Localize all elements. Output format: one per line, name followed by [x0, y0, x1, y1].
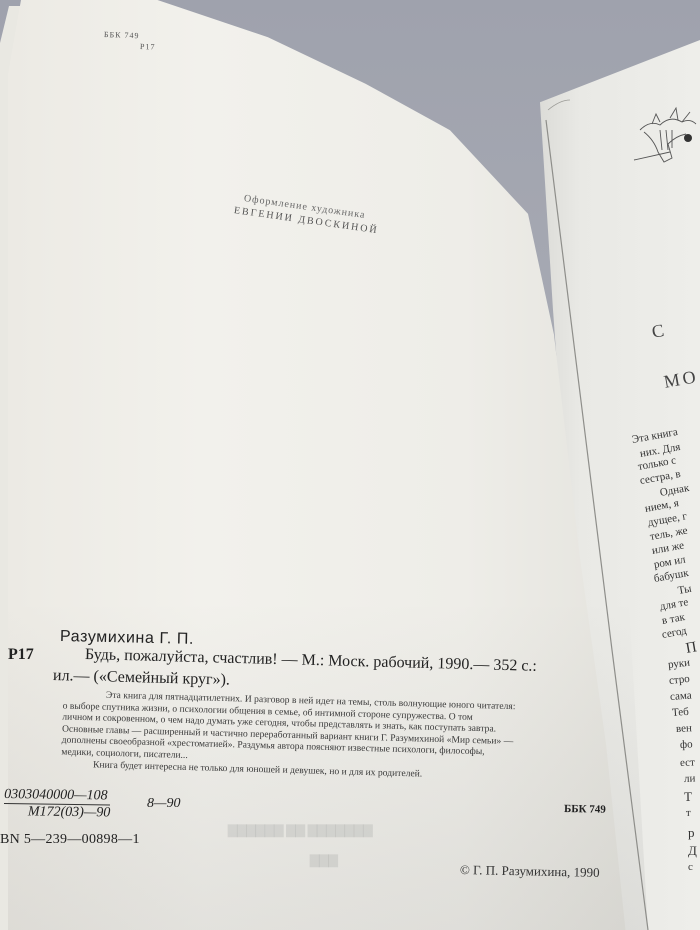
- class-code: Р17: [8, 646, 34, 664]
- top-bbk-code: ББК 749: [104, 30, 140, 40]
- right-text-line: т: [686, 807, 691, 819]
- right-text-line: р: [688, 825, 695, 841]
- right-text-line: ест: [680, 756, 695, 769]
- right-text-line: с: [688, 861, 693, 873]
- right-text-line: вен: [676, 722, 693, 735]
- bleed-through-text: ▇▇▇: [310, 853, 338, 868]
- flower-hand-illustration-icon: [630, 100, 700, 180]
- publishing-index-fraction: 0303040000—108 М172(03)—90: [4, 787, 111, 821]
- right-text-line: стро: [668, 673, 690, 687]
- index-numerator: 0303040000—108: [4, 787, 111, 805]
- right-text-line: руки: [667, 657, 690, 671]
- bottom-bbk-code: ББК 749: [564, 803, 606, 816]
- top-class-code: Р17: [140, 42, 156, 52]
- abstract: Эта книга для пятнадцатилетних. И разгов…: [79, 689, 636, 786]
- right-text-line: Теб: [672, 706, 690, 719]
- isbn: BN 5—239—00898—1: [0, 832, 140, 848]
- right-text-line: ли: [684, 773, 696, 785]
- index-denominator: М172(03)—90: [4, 804, 111, 821]
- right-text-line: Ты: [677, 583, 692, 597]
- author-name: Разумихина Г. П.: [60, 628, 194, 649]
- right-text-line: фо: [680, 738, 693, 751]
- right-text-line: сама: [670, 690, 692, 703]
- right-text-line: Т: [684, 789, 692, 805]
- right-text-line: Д: [688, 843, 697, 859]
- copyright-notice: © Г. П. Разумихина, 1990: [460, 862, 600, 881]
- bleed-through-text: ▇▇▇▇▇▇ ▇▇ ▇▇▇▇▇▇▇: [228, 823, 372, 838]
- index-suffix: 8—90: [147, 796, 180, 812]
